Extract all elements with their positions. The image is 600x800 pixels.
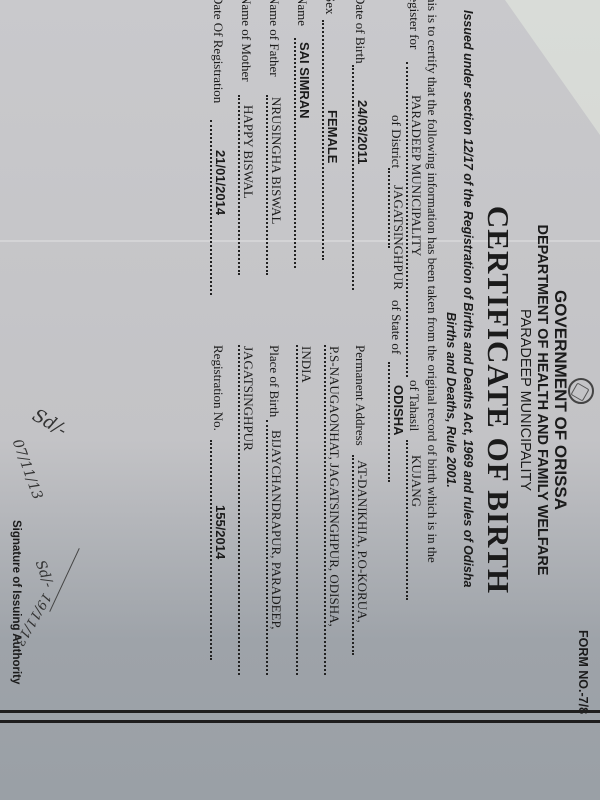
mother-label: Name of Mother: [238, 0, 254, 82]
place-of-birth-line-1: BIJAYCHANDRAPUR, PARADEEP,: [268, 430, 284, 630]
handwritten-initials-1: Sd/-: [29, 405, 71, 441]
place-of-birth-line-2: JAGATSINGHPUR: [240, 346, 256, 451]
header-government: GOVERNMENT OF ORISSA: [550, 0, 570, 800]
sex-value: FEMALE: [325, 110, 340, 163]
signature-label: Signature of Issuing Authority: [10, 520, 22, 684]
dob-label: Date of Birth: [352, 0, 368, 64]
birth-certificate-page: FORM NO.-7/8 GOVERNMENT OF ORISSA DEPART…: [0, 0, 600, 800]
handwritten-date-1: 07/11/13: [9, 437, 46, 502]
child-name-value: SAI SIMRAN: [297, 42, 312, 119]
border-rule-outer: [0, 710, 600, 713]
father-name-value: NRUSINGHA BISWAL: [268, 97, 284, 224]
tahasil-value: KUJANG: [408, 455, 424, 507]
certify-line: This is to certify that the following in…: [424, 0, 440, 563]
registration-no-value: 155/2014: [213, 505, 228, 559]
name-label: Name: [294, 0, 310, 26]
sex-label: Sex: [322, 0, 338, 15]
form-number: FORM NO.-7/8: [576, 630, 590, 714]
permanent-address-label: Permanent Address: [352, 345, 368, 446]
permanent-address-line-3: INDIA: [298, 346, 314, 383]
place-of-birth-label: Place of Birth: [266, 345, 282, 417]
header-department: DEPARTMENT OF HEALTH AND FAMILY WELFARE: [534, 0, 550, 800]
registration-date-label: Date Of Registration: [210, 0, 226, 103]
emblem-seal-icon: [568, 378, 594, 404]
dob-value: 24/03/2011: [355, 100, 370, 164]
issued-under-line-1: Issued under section 12/17 of the Regist…: [461, 10, 475, 587]
mother-name-value: HAPPY BISWAL: [240, 105, 256, 199]
permanent-address-line-1: AT-DANIKHIA, P.O-KORUA,: [354, 460, 370, 623]
registration-no-label: Registration No.: [210, 345, 226, 431]
district-label: of District: [388, 115, 404, 168]
issued-under-line-2: Births and Deaths, Rule 2001.: [444, 0, 458, 800]
registration-date-value: 21/01/2014: [213, 150, 228, 215]
father-label: Name of Father: [266, 0, 282, 77]
certificate-title: CERTIFICATE OF BIRTH: [480, 0, 516, 800]
district-value: JAGATSINGHPUR: [390, 185, 406, 290]
header-municipality: PARADEEP MUNICIPALITY: [517, 0, 533, 800]
register-for-value: PARADEEP MUNICIPALITY: [408, 95, 424, 256]
tahasil-label: of Tahasil: [406, 380, 422, 431]
state-value: ODISHA: [391, 385, 406, 436]
state-label: of State of: [388, 300, 404, 354]
border-rule-inner: [0, 720, 600, 723]
permanent-address-line-2: P.S-NAUGAONHAT, JAGATSINGHPUR, ODISHA,: [326, 346, 342, 627]
register-for-label: register for: [406, 0, 422, 49]
handwritten-initials-2: Sd/-: [32, 558, 57, 590]
